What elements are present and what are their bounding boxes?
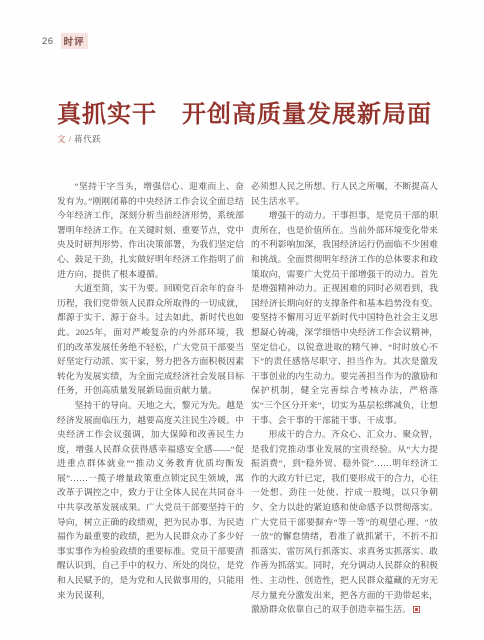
paragraph-last: 形成干的合力。齐众心、汇众力、聚众智，是我们党推动事业发展的宝贵经验。从“大力提…	[251, 427, 438, 617]
paragraph: 坚持干的导向。天地之大，黎元为先。越是经济发展面临压力，越要高度关注民生冷暖。中…	[57, 398, 244, 602]
page-number: 26	[42, 36, 54, 47]
paragraph: 增强干的动力。干事担事，是党员干部的职责所在，也是价值所在。当前外部环境变化带来…	[251, 208, 438, 427]
magazine-page: 26 时评 真抓实干 开创高质量发展新局面 文 / 蒋代跃 “坚持干字当头，增强…	[0, 0, 484, 640]
article-title: 真抓实干 开创高质量发展新局面	[57, 94, 447, 129]
section-label: 时评	[61, 33, 88, 49]
paragraph: “坚持干字当头，增强信心、迎难而上、奋发有为。”刚刚闭幕的中央经济工作会议全面总…	[57, 179, 244, 281]
page-header: 26 时评	[42, 33, 88, 49]
article-body: “坚持干字当头，增强信心、迎难而上、奋发有为。”刚刚闭幕的中央经济工作会议全面总…	[57, 179, 438, 617]
author-name: 蒋代跃	[74, 134, 101, 144]
byline: 文 / 蒋代跃	[57, 133, 101, 145]
paragraph-continuation: 必须想人民之所想、行人民之所嘱，不断提高人民生活水平。	[251, 179, 438, 208]
paragraph-text: 形成干的合力。齐众心、汇众力、聚众智，是我们党推动事业发展的宝贵经验。从“大力提…	[251, 429, 438, 614]
paragraph: 大道至简，实干为要。回顾党百余年的奋斗历程，我们党带领人民群众所取得的一切成就，…	[57, 281, 244, 398]
body-column-left: “坚持干字当头，增强信心、迎难而上、奋发有为。”刚刚闭幕的中央经济工作会议全面总…	[57, 179, 244, 617]
article-end-mark-icon	[413, 606, 420, 613]
byline-prefix: 文 /	[57, 134, 74, 144]
body-column-right: 必须想人民之所想、行人民之所嘱，不断提高人民生活水平。 增强干的动力。干事担事，…	[251, 179, 438, 617]
